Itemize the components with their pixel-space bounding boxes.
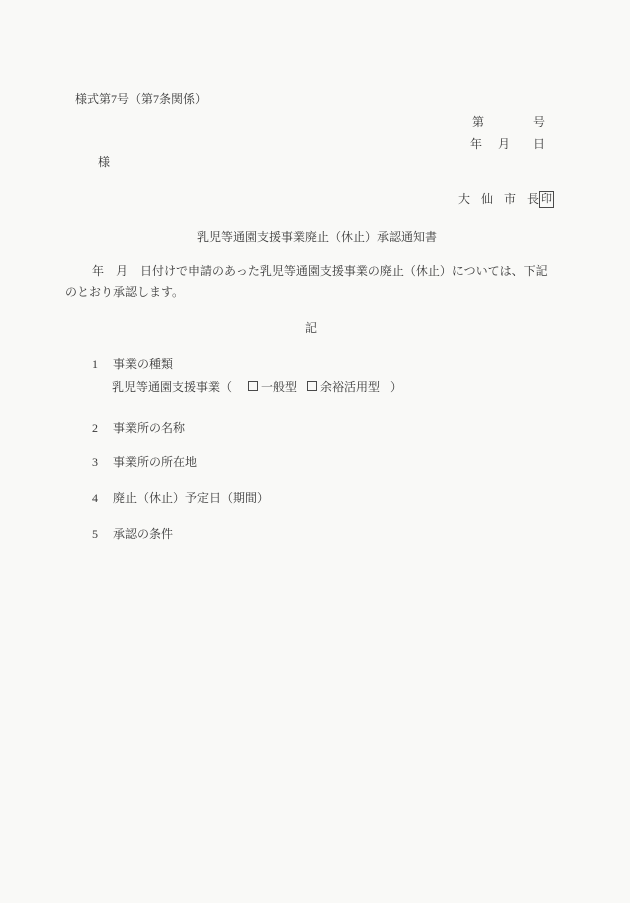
section-marker-ki: 記	[305, 321, 317, 335]
item-number: 2	[92, 421, 98, 435]
seal-icon: 印	[541, 193, 552, 205]
checkbox-icon	[307, 381, 317, 391]
option-label: 余裕活用型	[320, 380, 380, 394]
addressee-honorific: 様	[98, 155, 110, 169]
item-label: 事業の種類	[113, 357, 173, 371]
item-1-detail-prefix: 乳児等通園支援事業（	[112, 380, 232, 394]
item-number: 3	[92, 455, 98, 469]
item-label: 事業所の所在地	[113, 455, 197, 469]
doc-number-suffix: 号	[533, 115, 545, 129]
item-1-detail-suffix: ）	[390, 380, 402, 394]
issuer-name: 大仙市長	[458, 192, 550, 206]
item-label: 事業所の名称	[113, 421, 185, 435]
doc-number-prefix: 第	[472, 115, 484, 129]
item-label: 廃止（休止）予定日（期間）	[113, 491, 269, 505]
document-page: 様式第7号（第7条関係） 第 号 年 月 日 様 大仙市長 印 乳児等通園支援事…	[0, 0, 630, 903]
item-label: 承認の条件	[113, 527, 173, 541]
option-ippan-gata: 一般型	[248, 380, 297, 394]
form-number: 様式第7号（第7条関係）	[75, 92, 207, 106]
item-number: 1	[92, 357, 98, 371]
document-title: 乳児等通園支援事業廃止（休止）承認通知書	[197, 230, 437, 244]
body-paragraph-line1: 年 月 日付けで申請のあった乳児等通園支援事業の廃止（休止）については、下記	[92, 264, 548, 278]
date-day-label: 日	[533, 137, 545, 151]
option-yoyu-katsuyo-gata: 余裕活用型	[307, 380, 380, 394]
item-1-detail: 乳児等通園支援事業（一般型余裕活用型）	[112, 380, 402, 394]
option-label: 一般型	[261, 380, 297, 394]
body-paragraph-line2: のとおり承認します。	[65, 285, 184, 299]
item-number: 4	[92, 491, 98, 505]
date-year-label: 年	[470, 137, 482, 151]
checkbox-icon	[248, 381, 258, 391]
date-month-label: 月	[498, 137, 510, 151]
seal-box: 印	[539, 191, 554, 208]
item-number: 5	[92, 527, 98, 541]
